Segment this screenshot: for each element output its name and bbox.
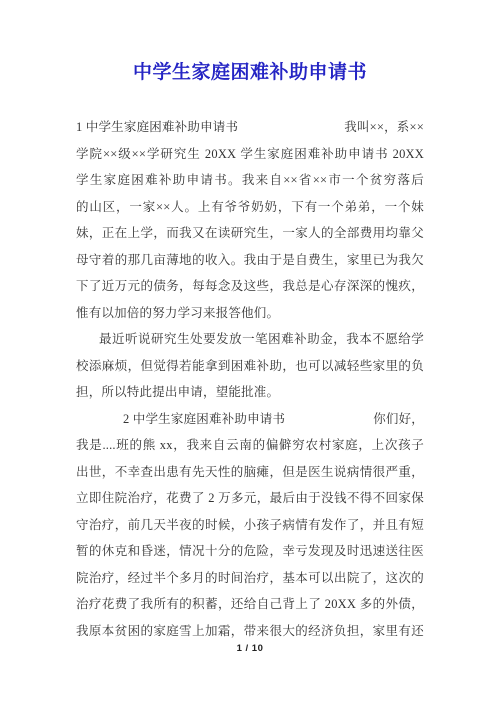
text-line: 暂的休克和昏迷，情况十分的危险，幸亏发现及时迅速送往医: [76, 538, 424, 565]
text-line: 校添麻烦，但觉得若能拿到困难补助，也可以减轻些家里的负: [76, 353, 424, 380]
text-line: 立即住院治疗，花费了 2 万多元，最后由于没钱不得不回家保: [76, 485, 424, 512]
document-page: 中学生家庭困难补助申请书 1 中学生家庭困难补助申请书我叫××，系××学院××级…: [0, 0, 500, 707]
text-line: 治疗花费了我所有的积蓄，还给自己背上了 20XX 多的外债，给: [76, 591, 424, 618]
text-line: 的山区，一家××人。上有爷爷奶奶，下有一个弟弟，一个妹: [76, 194, 424, 221]
text-line: 妹，正在上学，而我又在读研究生，一家人的全部费用均靠父: [76, 220, 424, 247]
text-line: 院治疗，经过半个多月的时间治疗，基本可以出院了，这次的: [76, 565, 424, 592]
document-title: 中学生家庭困难补助申请书: [0, 0, 500, 84]
text-line: 守治疗，前几天半夜的时候，小孩子病情有发作了，并且有短: [76, 512, 424, 539]
text-line-left: 2 中学生家庭困难补助申请书: [123, 406, 285, 433]
text-line: 我原本贫困的家庭雪上加霜，带来很大的经济负担，家里有还: [76, 618, 424, 645]
text-line: 担，所以特此提出申请，望能批准。: [76, 379, 424, 406]
page-indicator: 1 / 10: [0, 643, 500, 654]
text-line: 出世，不幸查出患有先天性的脑瘫，但是医生说病情很严重，: [76, 459, 424, 486]
text-line: 惟有以加倍的努力学习来报答他们。: [76, 300, 424, 327]
text-line: 学生家庭困难补助申请书。我来自××省××市一个贫穷落后: [76, 167, 424, 194]
text-line: 下了近万元的债务，每每念及这些，我总是心存深深的愧疚，: [76, 273, 424, 300]
text-line: 2 中学生家庭困难补助申请书你们好，: [76, 406, 424, 433]
text-line: 最近听说研究生处要发放一笔困难补助金，我本不愿给学: [76, 326, 424, 353]
text-line-right: 我叫××，系××: [344, 114, 424, 141]
text-line-left: 1 中学生家庭困难补助申请书: [76, 114, 238, 141]
text-line-right: 你们好，: [373, 406, 424, 433]
text-line: 1 中学生家庭困难补助申请书我叫××，系××: [76, 114, 424, 141]
document-body: 1 中学生家庭困难补助申请书我叫××，系××学院××级××学研究生 20XX 学…: [76, 114, 424, 644]
text-line: 学院××级××学研究生 20XX 学生家庭困难补助申请书 20XX: [76, 141, 424, 168]
text-line: 我是....班的熊 xx，我来自云南的偏僻穷农村家庭，上次孩子: [76, 432, 424, 459]
text-line: 母守着的那几亩薄地的收入。我由于是自费生，家里已为我欠: [76, 247, 424, 274]
